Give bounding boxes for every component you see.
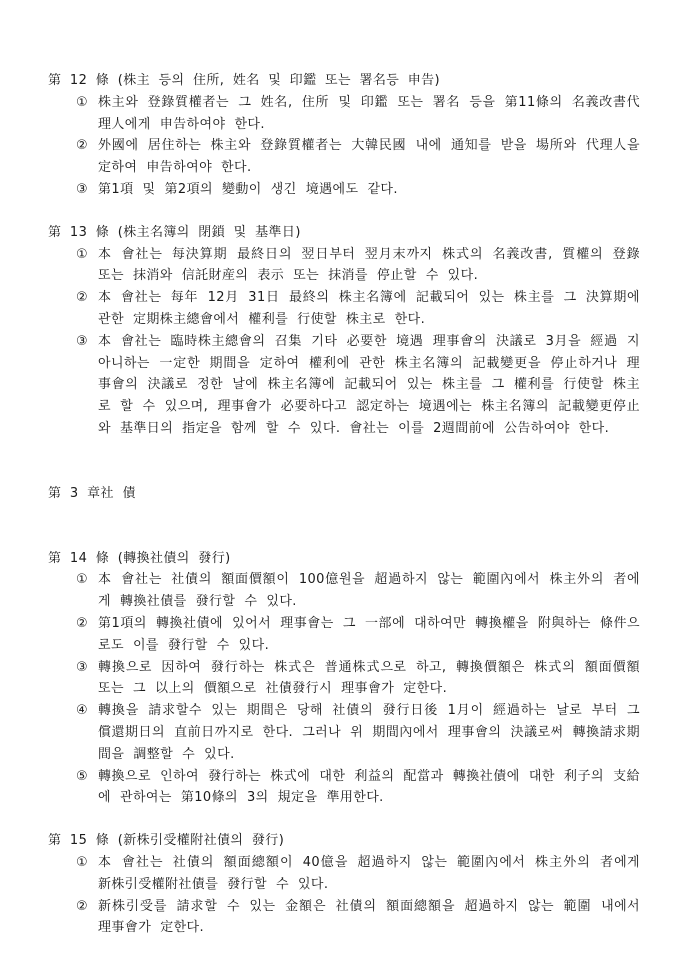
article-12-item-1: ① 株主와 登錄質權者는 그 姓名, 住所 및 印鑑 또는 署名 등을 第11條…: [48, 92, 640, 136]
item-text: 轉換을 請求할수 있는 期間은 당해 社債의 發行日後 1月이 經過하는 날로 …: [98, 700, 640, 765]
item-text: 第1項 및 第2項의 變動이 생긴 境遇에도 같다.: [98, 179, 640, 201]
item-marker: ②: [76, 135, 98, 157]
article-14-item-2: ② 第1項의 轉換社債에 있어서 理事會는 그 一部에 대하여만 轉換權을 附與…: [48, 613, 640, 657]
item-marker: ④: [76, 700, 98, 722]
item-marker: ①: [76, 852, 98, 874]
item-marker: ③: [76, 179, 98, 201]
item-marker: ⑤: [76, 766, 98, 788]
item-marker: ①: [76, 244, 98, 266]
item-text: 轉換으로 因하여 發行하는 株式은 普通株式으로 하고, 轉換價額은 株式의 額…: [98, 657, 640, 701]
item-text: 本 會社는 每年 12月 31日 最終의 株主名簿에 記載되어 있는 株主를 그…: [98, 287, 640, 331]
item-marker: ②: [76, 613, 98, 635]
item-marker: ①: [76, 92, 98, 114]
article-14-heading: 第 14 條 (轉換社債의 發行): [48, 548, 640, 570]
article-15-heading: 第 15 條 (新株引受權附社債의 發行): [48, 830, 640, 852]
item-text: 本 會社는 社債의 額面價額이 100億원을 超過하지 않는 範圍內에서 株主外…: [98, 569, 640, 613]
item-text: 第1項의 轉換社債에 있어서 理事會는 그 一部에 대하여만 轉換權을 附與하는…: [98, 613, 640, 657]
article-13: 第 13 條 (株主名簿의 閉鎖 및 基準日) ① 本 會社는 每決算期 最終日…: [48, 222, 640, 440]
article-14-item-4: ④ 轉換을 請求할수 있는 期間은 당해 社債의 發行日後 1月이 經過하는 날…: [48, 700, 640, 765]
item-text: 本 會社는 臨時株主總會의 召集 기타 必要한 境遇 理事會의 決議로 3月을 …: [98, 331, 640, 440]
article-13-item-2: ② 本 會社는 每年 12月 31日 最終의 株主名簿에 記載되어 있는 株主를…: [48, 287, 640, 331]
article-13-item-1: ① 本 會社는 每決算期 最終日의 翌日부터 翌月末까지 株式의 名義改書, 質…: [48, 244, 640, 288]
item-text: 外國에 居住하는 株主와 登錄質權者는 大韓民國 내에 通知를 받을 場所와 代…: [98, 135, 640, 179]
item-text: 株主와 登錄質權者는 그 姓名, 住所 및 印鑑 또는 署名 등을 第11條의 …: [98, 92, 640, 136]
item-marker: ①: [76, 569, 98, 591]
chapter-3-heading: 第 3 章社 債: [48, 483, 640, 505]
item-text: 新株引受를 請求할 수 있는 金額은 社債의 額面總額을 超過하지 않는 範圍 …: [98, 896, 640, 940]
item-text: 本 會社는 每決算期 最終日의 翌日부터 翌月末까지 株式의 名義改書, 質權의…: [98, 244, 640, 288]
article-13-item-3: ③ 本 會社는 臨時株主總會의 召集 기타 必要한 境遇 理事會의 決議로 3月…: [48, 331, 640, 440]
article-14: 第 14 條 (轉換社債의 發行) ① 本 會社는 社債의 額面價額이 100億…: [48, 548, 640, 810]
item-text: 本 會社는 社債의 額面總額이 40億을 超過하지 않는 範圍內에서 株主外의 …: [98, 852, 640, 896]
item-text: 轉換으로 인하여 發行하는 株式에 대한 利益의 配當과 轉換社債에 대한 利子…: [98, 766, 640, 810]
article-12-heading: 第 12 條 (株主 등의 住所, 姓名 및 印鑑 또는 署名등 申告): [48, 70, 640, 92]
article-12-item-2: ② 外國에 居住하는 株主와 登錄質權者는 大韓民國 내에 通知를 받을 場所와…: [48, 135, 640, 179]
article-15: 第 15 條 (新株引受權附社債의 發行) ① 本 會社는 社債의 額面總額이 …: [48, 830, 640, 939]
article-12-item-3: ③ 第1項 및 第2項의 變動이 생긴 境遇에도 같다.: [48, 179, 640, 201]
item-marker: ②: [76, 896, 98, 918]
article-15-item-2: ② 新株引受를 請求할 수 있는 金額은 社債의 額面總額을 超過하지 않는 範…: [48, 896, 640, 940]
article-13-heading: 第 13 條 (株主名簿의 閉鎖 및 基準日): [48, 222, 640, 244]
article-14-item-5: ⑤ 轉換으로 인하여 發行하는 株式에 대한 利益의 配當과 轉換社債에 대한 …: [48, 766, 640, 810]
item-marker: ③: [76, 331, 98, 353]
item-marker: ②: [76, 287, 98, 309]
article-12: 第 12 條 (株主 등의 住所, 姓名 및 印鑑 또는 署名등 申告) ① 株…: [48, 70, 640, 201]
item-marker: ③: [76, 657, 98, 679]
article-14-item-3: ③ 轉換으로 因하여 發行하는 株式은 普通株式으로 하고, 轉換價額은 株式의…: [48, 657, 640, 701]
document-page: 第 12 條 (株主 등의 住所, 姓名 및 印鑑 또는 署名등 申告) ① 株…: [0, 0, 680, 962]
article-15-item-1: ① 本 會社는 社債의 額面總額이 40億을 超過하지 않는 範圍內에서 株主外…: [48, 852, 640, 896]
article-14-item-1: ① 本 會社는 社債의 額面價額이 100億원을 超過하지 않는 範圍內에서 株…: [48, 569, 640, 613]
